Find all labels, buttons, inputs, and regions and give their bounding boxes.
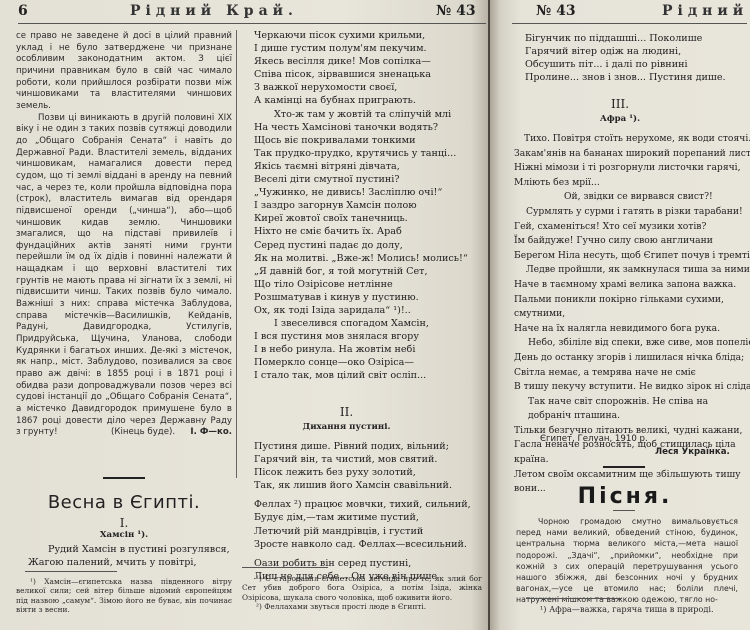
article-last-line: з грунту! bbox=[16, 427, 58, 439]
verse-line: Як на молитві. „Вже-ж! Молись! молись!“ bbox=[254, 252, 484, 265]
issue-number: № 43 bbox=[436, 3, 476, 19]
verse-line: І вся пустиня мов знялася вгору bbox=[254, 330, 484, 343]
part2-title: Дихання пустині. bbox=[254, 422, 439, 432]
verse-line: І дише густим полум'ям пекучим. bbox=[254, 42, 484, 55]
verse-line: Летючий рій мандрівців, і густий bbox=[254, 525, 484, 538]
verse-line: Гей, схаменіться! Хто сеї музики хотів? bbox=[514, 220, 746, 235]
verse-line: Співа пісок, зірвавшися зненацька bbox=[254, 68, 484, 81]
verse-line: Ой, звідки се вирвався свист?! bbox=[514, 190, 746, 205]
verse-line: І в небо ринула. На жовтім небі bbox=[254, 343, 484, 356]
verse-line: Ніжні мімози і ті розгорнули листочки га… bbox=[514, 161, 746, 176]
footnote-afra: ¹) Афра—важка, гаряча тиша в природі. bbox=[540, 605, 740, 614]
part3-number: III. bbox=[510, 97, 730, 111]
place-date: Єгипет, Гелуан, 1910 р. bbox=[540, 434, 648, 444]
poem-part2: Пустиня дише. Рівний подих, вільний; Гар… bbox=[254, 440, 484, 583]
verse-line: Якісь таємні вітряні дівчата, bbox=[254, 160, 484, 173]
footnote-text: ¹) Є стародавня єгипетська легенда про т… bbox=[242, 574, 482, 602]
verse-line: Померкло сонце—око Озіріса— bbox=[254, 356, 484, 369]
verse-line: Ох, як тоді Ізіда заридала“ ¹)!.. bbox=[254, 304, 484, 317]
running-head-right: № 43 Рідний bbox=[512, 3, 747, 24]
verse-line: Сурмлять у сурми і гатять в різки тараба… bbox=[514, 205, 746, 220]
verse-line: Якесь весілля дике! Мов сопілка— bbox=[254, 55, 484, 68]
footnote-khamsin: ¹) Хамсін—єгипетська назва південного ві… bbox=[16, 577, 232, 615]
verse-line: День до останку згорів і лишилася нічка … bbox=[514, 351, 746, 366]
right-page: № 43 Рідний Бігунчик по піддашші... Поко… bbox=[490, 0, 750, 630]
verse-line: Пальми поникли покірно гільками сухими, … bbox=[514, 293, 746, 322]
verse-line: Наче в таємному храмі велика запона важк… bbox=[514, 278, 746, 293]
column-rule bbox=[236, 30, 237, 478]
section-divider bbox=[603, 466, 645, 468]
section-divider bbox=[103, 477, 145, 479]
verse-line: Бігунчик по піддашші... Поколише bbox=[525, 32, 745, 45]
verse-line: „Я давній бог, я той могутній Сет, bbox=[254, 265, 484, 278]
verse-line: Розшматував і кинув у пустиню. bbox=[254, 291, 484, 304]
verse-line: Веселі діти смутної пустині? bbox=[254, 173, 484, 186]
verse-line: Феллах ²) працює мовчки, тихий, сильний, bbox=[254, 498, 484, 511]
poem-part1-continued: Черкаючи пісок сухими крильми, І дише гу… bbox=[254, 29, 484, 383]
verse-line: Хто-ж там у жовтій та сліпучій млі bbox=[254, 108, 484, 121]
verse-line: І стало так, мов цілий світ осліп... bbox=[254, 369, 484, 382]
footnote-rule bbox=[25, 571, 117, 572]
verse-line: Світла немає, а темрява наче не сміє bbox=[514, 366, 746, 381]
poem-opening: Рудий Хамсін в пустині розгулявся, Жагою… bbox=[28, 543, 238, 569]
verse-line: Гарячий вітер одіж на людині, bbox=[525, 45, 745, 58]
verse-line: Так, як лишив його Хамсін свавільний. bbox=[254, 479, 484, 492]
verse-line: Ніхто не сміє бачить їх. Араб bbox=[254, 225, 484, 238]
verse-line: Небо, збіліле від спеки, вже сиве, мов п… bbox=[514, 336, 746, 351]
verse-line: І заздро загорнув Хамсін полою bbox=[254, 199, 484, 212]
song-paragraph: Чорною громадою смутно вимальовується пе… bbox=[516, 516, 738, 606]
verse-line: Щось віє покривалами тонкими bbox=[254, 134, 484, 147]
verse-line: Будує дім,—там житиме пустий, bbox=[254, 511, 484, 524]
verse-line: Пролине... знов і знов... Пустиня дише. bbox=[525, 71, 745, 84]
part1-title: Хамсін ¹). bbox=[16, 530, 232, 540]
footnote-rule bbox=[242, 567, 328, 568]
journal-title: Рідний Край. bbox=[130, 3, 298, 19]
poem-part2-end: Бігунчик по піддашші... Поколише Гарячий… bbox=[525, 32, 745, 84]
running-head-left: 6 Рідний Край. № 43 bbox=[18, 3, 486, 24]
footnote-text: ²) Феллахами звуться прості люде в Єгипт… bbox=[242, 602, 482, 611]
part1-number: I. bbox=[16, 516, 232, 530]
verse-line: На честь Хамсінові таночки водять? bbox=[254, 121, 484, 134]
song-text: Чорною громадою смутно вимальовується пе… bbox=[516, 516, 738, 606]
song-title: Пісня. bbox=[510, 484, 740, 509]
verse-line: Пісок лежить без руху золотий, bbox=[254, 466, 484, 479]
article-signature: І. Ф—ко. bbox=[190, 427, 232, 439]
verse-line: Наче на їх налягла невидимого бога рука. bbox=[514, 322, 746, 337]
verse-line: Серед пустині падає до долу, bbox=[254, 239, 484, 252]
verse-line: Зросте навколо сад. Феллах—всесильний. bbox=[254, 538, 484, 551]
page-number: 6 bbox=[18, 3, 28, 19]
verse-line: Так прудко-прудко, крутячись у танці... bbox=[254, 147, 484, 160]
verse-line: Обсушить піт... і далі по рівнині bbox=[525, 58, 745, 71]
verse-line: А камінці на бубнах приграють. bbox=[254, 94, 484, 107]
article-paragraph: Позви ці виникають в другій половині XIX… bbox=[16, 113, 232, 426]
verse-line: В тишу пекучу вступити. Не видко зірок н… bbox=[514, 380, 746, 395]
verse-line: Берегом Ніла несуть, щоб Єгипет почув і … bbox=[514, 249, 746, 264]
continuation-note: (Кінець буде). bbox=[111, 427, 175, 439]
issue-number: № 43 bbox=[536, 3, 576, 19]
verse-line: Їм байдуже! Гучно силу свою англичани bbox=[514, 234, 746, 249]
footnotes-col2: ¹) Є стародавня єгипетська легенда про т… bbox=[242, 574, 482, 612]
footnote-text: ¹) Хамсін—єгипетська назва південного ві… bbox=[16, 577, 232, 615]
verse-line: Закам'янів на бананах широкий порепаний … bbox=[514, 147, 746, 162]
verse-line: „Чужинко, не дивись! Засліплю очі!“ bbox=[254, 186, 484, 199]
verse-line: Черкаючи пісок сухими крильми, bbox=[254, 29, 484, 42]
part2-number: II. bbox=[254, 405, 439, 419]
journal-title: Рідний bbox=[662, 3, 748, 19]
poem-title: Весна в Єгипті. bbox=[16, 492, 232, 513]
article-continuation: се право не заведене й досі в цілий прав… bbox=[16, 31, 232, 439]
left-page: 6 Рідний Край. № 43 се право не заведене… bbox=[0, 0, 490, 630]
verse-line: Так наче світ спорожнів. Не співа на доб… bbox=[514, 395, 746, 424]
verse-line: Ледве пройшли, як замкнулася тиша за ним… bbox=[514, 263, 746, 278]
verse-line: Що тіло Озірісове нетлінне bbox=[254, 278, 484, 291]
part3-title: Афра ¹). bbox=[510, 114, 730, 124]
verse-line: З важкої нерухомости своєї, bbox=[254, 81, 484, 94]
footnote-rule bbox=[526, 598, 622, 599]
verse-line: Пустиня дише. Рівний подих, вільний; bbox=[254, 440, 484, 453]
article-ending: з грунту! (Кінець буде). І. Ф—ко. bbox=[16, 427, 232, 439]
title-underline bbox=[613, 510, 635, 511]
author-signature: Леся Українка. bbox=[655, 447, 730, 457]
verse-line: Мліють без мрії... bbox=[514, 176, 746, 191]
verse-line: Рудий Хамсін в пустині розгулявся, bbox=[28, 543, 238, 556]
verse-line: Жагою палений, мчить у повітрі, bbox=[28, 556, 238, 569]
verse-line: Киреї жовтої своїх танечниць. bbox=[254, 212, 484, 225]
verse-line: Тихо. Повітря стоїть нерухоме, як води с… bbox=[514, 132, 746, 147]
verse-line: Гарячий він, та чистий, мов святий. bbox=[254, 453, 484, 466]
article-paragraph: се право не заведене й досі в цілий прав… bbox=[16, 31, 232, 113]
verse-line: І звеселився спогадом Хамсін, bbox=[254, 317, 484, 330]
